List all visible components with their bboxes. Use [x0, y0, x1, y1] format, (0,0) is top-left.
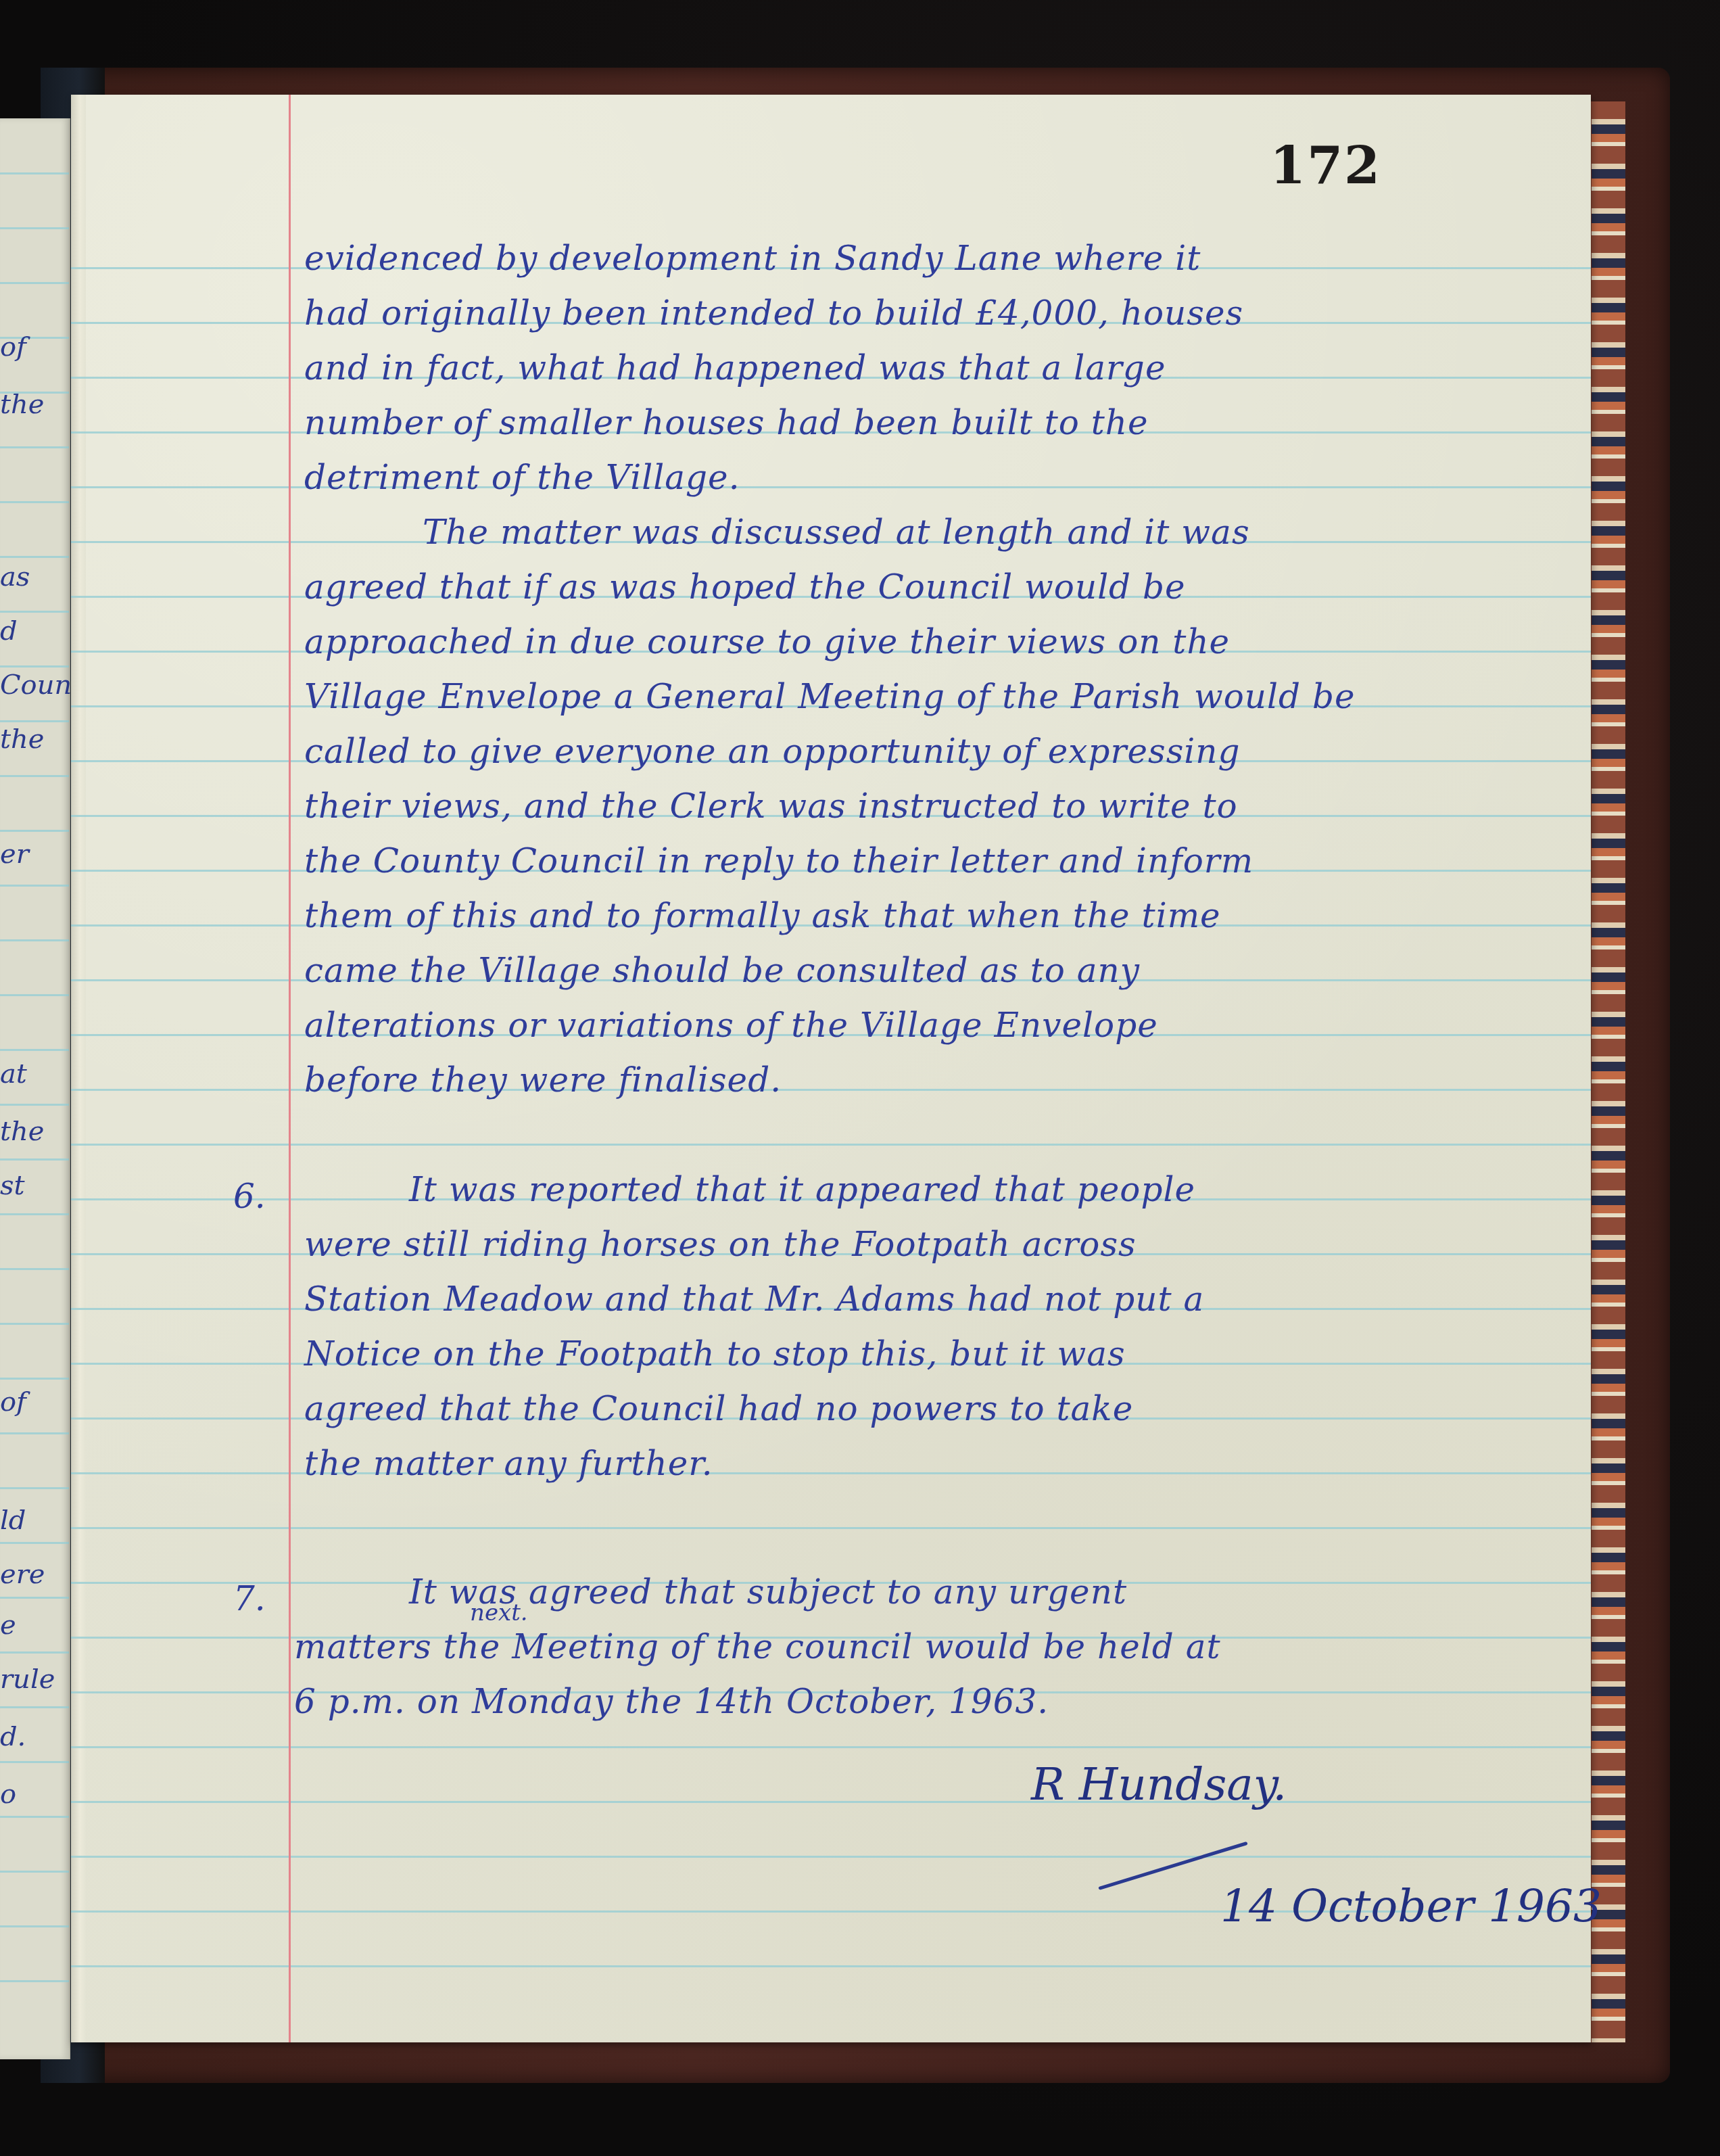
item-6-line-3: Station Meadow and that Mr. Adams had no… [304, 1272, 1204, 1327]
ruled-line [0, 1761, 69, 1763]
item-number-7: 7. [233, 1579, 266, 1618]
ruled-line [0, 501, 69, 503]
ruled-line [71, 1472, 1591, 1474]
previous-page-text-fragment: ld [0, 1505, 26, 1536]
chairman-signature: R Hundsay. [1031, 1758, 1287, 1810]
ruled-line [0, 1049, 69, 1051]
ruled-line [0, 1432, 69, 1434]
previous-page-text-fragment: as [0, 561, 30, 592]
page-stack-edge [1589, 101, 1625, 2042]
ruled-line [71, 1144, 1591, 1146]
ruled-line [0, 1980, 69, 1982]
ruled-line [0, 1213, 69, 1215]
ruled-line [0, 830, 69, 832]
ruled-line [0, 1104, 69, 1106]
ruled-line [71, 1965, 1591, 1967]
discussion-line-1: The matter was discussed at length and i… [423, 505, 1250, 560]
previous-page-text-fragment: the [0, 1116, 45, 1147]
ruled-line [0, 994, 69, 996]
previous-page-text-fragment: the [0, 724, 45, 755]
previous-page-text-fragment: er [0, 839, 29, 870]
ruled-line [0, 1871, 69, 1873]
previous-page-text-fragment: e [0, 1610, 16, 1641]
ruled-line [0, 1487, 69, 1489]
item-7-line-2: matters the Meeting of the council would… [294, 1620, 1221, 1674]
ruled-line [0, 282, 69, 284]
continuation-line-2: had originally been intended to build £4… [304, 286, 1243, 341]
ruled-line [0, 939, 69, 941]
item-7-line-3: 6 p.m. on Monday the 14th October, 1963. [294, 1674, 1049, 1729]
ruled-line [0, 1268, 69, 1270]
previous-page-text-fragment: of [0, 1386, 26, 1417]
previous-page-text-fragment: at [0, 1058, 27, 1089]
discussion-line-4: Village Envelope a General Meeting of th… [304, 670, 1356, 724]
ruled-line [0, 775, 69, 777]
continuation-line-4: number of smaller houses had been built … [304, 396, 1149, 450]
previous-page-text-fragment: ere [0, 1559, 45, 1590]
item-6-line-1: It was reported that it appeared that pe… [409, 1163, 1195, 1217]
item-6-line-5: agreed that the Council had no powers to… [304, 1382, 1133, 1436]
continuation-line-1: evidenced by development in Sandy Lane w… [304, 231, 1201, 286]
discussion-line-2: agreed that if as was hoped the Council … [304, 560, 1186, 615]
red-margin-line [289, 95, 291, 2042]
page-number: 172 [1270, 135, 1381, 195]
discussion-line-11: before they were finalised. [304, 1053, 782, 1108]
ruled-line [0, 1816, 69, 1818]
ruled-line [0, 720, 69, 722]
item-number-6: 6. [233, 1177, 266, 1216]
ruled-line [0, 172, 69, 174]
item-6-line-2: were still riding horses on the Footpath… [304, 1217, 1137, 1272]
discussion-line-8: them of this and to formally ask that wh… [304, 889, 1221, 943]
ruled-line [0, 885, 69, 887]
ruled-line [71, 1801, 1591, 1803]
previous-page-edge: oftheasdCounty.theeratthestofldereeruled… [0, 118, 70, 2059]
minute-book-page: 172 evidenced by development in Sandy La… [71, 95, 1591, 2042]
previous-page-text-fragment: rule [0, 1664, 55, 1695]
continuation-line-3: and in fact, what had happened was that … [304, 341, 1166, 396]
ruled-line [0, 611, 69, 613]
item-6-line-6: the matter any further. [304, 1436, 713, 1491]
ruled-line [0, 1542, 69, 1544]
discussion-line-5: called to give everyone an opportunity o… [304, 724, 1241, 779]
ruled-line [0, 227, 69, 229]
previous-page-text-fragment: st [0, 1170, 25, 1201]
ruled-line [0, 1651, 69, 1654]
discussion-line-3: approached in due course to give their v… [304, 615, 1230, 670]
previous-page-text-fragment: o [0, 1779, 16, 1810]
ruled-line [0, 1158, 69, 1161]
ruled-line [0, 1378, 69, 1380]
ruled-line [0, 1597, 69, 1599]
ruled-line [0, 1925, 69, 1927]
ruled-line [0, 665, 69, 667]
ruled-line [71, 1089, 1591, 1091]
ruled-line [0, 446, 69, 448]
signature-date: 14 October 1963 [1220, 1880, 1602, 1932]
continuation-line-5: detriment of the Village. [304, 450, 740, 505]
discussion-line-6: their views, and the Clerk was instructe… [304, 779, 1238, 834]
discussion-line-10: alterations or variations of the Village… [304, 998, 1158, 1053]
ruled-line [71, 1856, 1591, 1858]
ruled-line [0, 556, 69, 558]
ruled-line [71, 486, 1591, 488]
ruled-line [0, 1706, 69, 1708]
discussion-line-7: the County Council in reply to their let… [304, 834, 1253, 889]
previous-page-text-fragment: the [0, 389, 45, 420]
previous-page-text-fragment: of [0, 331, 26, 362]
item-6-line-4: Notice on the Footpath to stop this, but… [304, 1327, 1126, 1382]
ruled-line [0, 1323, 69, 1325]
ruled-line [71, 1527, 1591, 1529]
discussion-line-9: came the Village should be consulted as … [304, 943, 1140, 998]
previous-page-text-fragment: d [0, 615, 18, 647]
previous-page-text-fragment: d. [0, 1721, 26, 1752]
ruled-line [71, 1746, 1591, 1748]
